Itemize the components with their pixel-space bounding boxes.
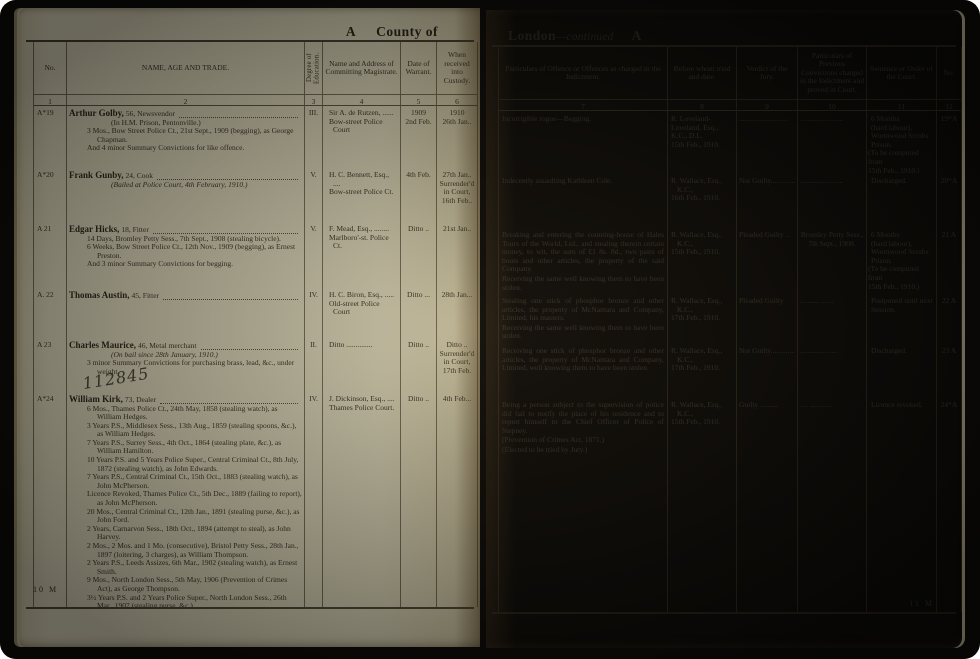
sentence-cell: Discharged. xyxy=(867,343,937,397)
previous-conviction-line: 20 Mos., Central Criminal Ct., 12th Jan.… xyxy=(87,508,302,525)
name-line: Edgar Hicks,18, Fitter xyxy=(69,223,302,235)
offence-paragraph: Indecently assaulting Kathleen Cole. xyxy=(502,177,664,186)
right-bottom-rule xyxy=(492,612,956,614)
column-header: Before whom tried and date. xyxy=(668,47,737,99)
previous-conviction-line: 2 Years, Carnarvon Sess., 18th Oct., 189… xyxy=(87,525,302,542)
verdict-cell: Not Guilty............. xyxy=(737,343,798,397)
left-ledger-table: No.NAME, AGE AND TRADE.Degree of Educati… xyxy=(33,42,478,607)
tried-line: 15th Feb., 1910. xyxy=(670,141,734,150)
magistrate-line: Old-street Police Court xyxy=(325,300,398,317)
ledger-row: Stealing one stick of phosphor bronze an… xyxy=(498,293,962,343)
column-header-label: Sentence or Order of the Court. xyxy=(869,65,934,82)
education-degree-cell: IV. xyxy=(305,392,323,607)
continued-label: —continued xyxy=(556,31,614,43)
custody-line: 4th Feb... xyxy=(439,395,475,404)
previous-line: ....................... xyxy=(800,177,864,186)
dotted-leader xyxy=(153,227,298,234)
ledger-row: A 21Edgar Hicks,18, Fitter14 Days, Broml… xyxy=(33,222,478,288)
county-letter: A xyxy=(346,24,356,39)
column-header-label: No. xyxy=(943,69,954,78)
sentence-line: Discharged. xyxy=(871,347,934,356)
column-number: 5 xyxy=(401,94,437,106)
magistrate-line: Thames Police Court. xyxy=(325,404,398,413)
custody-date-cell: 27th Jan..Surrender'din Court,16th Feb.. xyxy=(437,168,478,222)
offence-paragraph: Being a person subject to the supervisio… xyxy=(502,401,664,435)
tried-line: 15th Feb., 1910. xyxy=(670,418,734,427)
dotted-leader xyxy=(157,173,298,180)
custody-line: 21st Jan.. xyxy=(439,225,475,234)
right-page-title: London—continuedA xyxy=(508,28,642,44)
magistrate-cell: H. C. Bennett, Esq., ....Bow-street Poli… xyxy=(323,168,401,222)
magistrate-line: H. C. Bennett, Esq., .... xyxy=(325,171,398,188)
custody-line: 16th Feb.. xyxy=(439,197,475,206)
county-name: London xyxy=(508,28,556,43)
tried-line: 17th Feb., 1910. xyxy=(670,364,734,373)
column-number: 2 xyxy=(67,94,305,106)
column-header: Particulars of Offence or Offences as ch… xyxy=(498,47,668,99)
column-header-label: Verdict of the Jury. xyxy=(739,65,795,82)
offence-cell: Being a person subject to the supervisio… xyxy=(498,397,668,612)
verdict-cell: Guilty .......... xyxy=(737,397,798,612)
column-header-label: When received into Custody. xyxy=(439,51,475,85)
entry-no-cell: 21 A xyxy=(937,227,962,293)
entry-no-cell: 20*A xyxy=(937,173,962,227)
previous-conviction-line: 3 Years P.S., Middlesex Sess., 13th Aug.… xyxy=(87,422,302,439)
sentence-cell: Licence revoked. xyxy=(867,397,937,612)
tried-before-cell: R. Wallace, Esq., K.C.,15th Feb., 1910. xyxy=(668,397,737,612)
ledger-row: Being a person subject to the supervisio… xyxy=(498,397,962,612)
tried-line: R. Wallace, Esq., K.C., xyxy=(670,177,734,194)
column-header-label: Before whom tried and date. xyxy=(670,65,734,82)
column-header-label: Date of Warrant. xyxy=(403,60,434,77)
dotted-leader xyxy=(179,111,298,118)
magistrate-line: Bow-street Police Ct. xyxy=(325,188,398,197)
magistrate-cell: Ditto .............. xyxy=(323,338,401,392)
column-number: 8 xyxy=(668,99,737,111)
previous-conviction-line: 9 Mos., North London Sess., 5th May, 190… xyxy=(87,576,302,593)
sentence-line: (To be computed from xyxy=(868,265,934,282)
tried-before-cell: R. Loveland-Loveland, Esq.,K.C., D.L.15t… xyxy=(668,111,737,173)
age-and-trade: 45, Fitter xyxy=(132,292,160,301)
dotted-leader xyxy=(163,293,298,300)
previous-conviction-line: 2 Years P.S., Leeds Assizes, 6th Mar., 1… xyxy=(87,559,302,576)
column-header: When received into Custody. xyxy=(437,42,478,94)
tried-line: 17th Feb., 1910. xyxy=(670,314,734,323)
prisoner-no-cell: A*24 xyxy=(33,392,67,607)
column-number: 9 xyxy=(737,99,798,111)
name-line: Charles Maurice,46, Metal merchant xyxy=(69,339,302,351)
tried-line: 16th Feb., 1910. xyxy=(670,194,734,203)
custody-line: 28th Jan... xyxy=(439,291,475,300)
column-header: NAME, AGE AND TRADE. xyxy=(67,42,305,94)
column-header: Name and Address of Committing Magistrat… xyxy=(323,42,401,94)
sentence-cell: 6 Months(hard labour),Wormwood ScrubsPri… xyxy=(867,227,937,293)
dotted-leader xyxy=(160,397,298,404)
ledger-row: Incorrigible rogue—Begging.R. Loveland-L… xyxy=(498,111,962,173)
custody-date-cell: 191026th Jan.. xyxy=(437,106,478,168)
previous-conviction-line: 3 Mos., Bow Street Police Ct., 21st Sept… xyxy=(87,127,302,144)
previous-convictions-cell: Bromley Petty Sess.,7th Sept., 1908. xyxy=(798,227,867,293)
offence-paragraph: (Elected to be tried by Jury.) xyxy=(502,446,664,455)
column-number: 3 xyxy=(305,94,323,106)
section-letter: A xyxy=(632,28,642,43)
ledger-row: A*19Arthur Golby,56, Newsvendor(In H.M. … xyxy=(33,106,478,168)
right-page: London—continuedA Particulars of Offence… xyxy=(486,10,962,648)
ledger-row: A*20Frank Gunby,24, Cook(Bailed at Polic… xyxy=(33,168,478,222)
education-degree-cell: II. xyxy=(305,338,323,392)
previous-conviction-line: 7 Years P.S., Central Criminal Ct., 15th… xyxy=(87,473,302,490)
verdict-cell: Pleaded Guilty .. xyxy=(737,227,798,293)
sentence-line: (To be computed from xyxy=(868,149,934,166)
sentence-line: Discharged. xyxy=(871,177,934,186)
education-degree-cell: IV. xyxy=(305,288,323,338)
name-age-trade-cell: Thomas Austin,45, Fitter xyxy=(67,288,305,338)
column-header-row: No.NAME, AGE AND TRADE.Degree of Educati… xyxy=(33,42,478,94)
column-header-label: Name and Address of Committing Magistrat… xyxy=(325,60,398,77)
warrant-date-cell: 19092nd Feb. xyxy=(401,106,437,168)
entry-no-cell: 19*A xyxy=(937,111,962,173)
previous-line: .............. ..... xyxy=(800,347,864,356)
sentence-cell: Postponed until nextSession. xyxy=(867,293,937,343)
warrant-line: 4th Feb. xyxy=(403,171,434,180)
name-age-trade-cell: William Kirk,73, Dealer6 Mos., Thames Po… xyxy=(67,392,305,607)
previous-conviction-line: 10 Years P.S. and 5 Years Police Super.,… xyxy=(87,456,302,473)
previous-convictions-cell: .......... ....... xyxy=(798,293,867,343)
offence-paragraph: Breaking and entering the counting-house… xyxy=(502,231,664,274)
column-header: No. xyxy=(33,42,67,94)
verdict-cell: Pleaded Guilty xyxy=(737,293,798,343)
prisoner-no-cell: A 23 xyxy=(33,338,67,392)
magistrate-cell: J. Dickinson, Esq., ....Thames Police Co… xyxy=(323,392,401,607)
previous-conviction-line: And 4 minor Summary Convictions for like… xyxy=(87,144,302,153)
tried-before-cell: R. Wallace, Esq., K.C.,17th Feb., 1910. xyxy=(668,343,737,397)
warrant-line: Ditto .. xyxy=(403,395,434,404)
ledger-row: Breaking and entering the counting-house… xyxy=(498,227,962,293)
tried-line: R. Wallace, Esq., K.C., xyxy=(670,297,734,314)
column-number: 6 xyxy=(437,94,478,106)
offence-cell: Incorrigible rogue—Begging. xyxy=(498,111,668,173)
column-header-label: NAME, AGE AND TRADE. xyxy=(142,64,229,73)
previous-conviction-line: 7 Years P.S., Surrey Sess., 4th Oct., 18… xyxy=(87,439,302,456)
magistrate-cell: Sir A. de Rutzen, ......Bow-street Polic… xyxy=(323,106,401,168)
custody-date-cell: Ditto ..Surrender'din Court,17th Feb. xyxy=(437,338,478,392)
ledger-row: A*24William Kirk,73, Dealer6 Mos., Thame… xyxy=(33,392,478,607)
previous-conviction-line: 6 Weeks, Bow Street Police Ct., 12th Nov… xyxy=(87,243,302,260)
custody-line: 17th Feb. xyxy=(439,367,475,376)
left-bottom-rule xyxy=(26,607,474,609)
column-header-label: Particulars of Previous Convictions char… xyxy=(800,52,864,95)
ledger-row: Indecently assaulting Kathleen Cole.R. W… xyxy=(498,173,962,227)
previous-convictions-cell: .... ............ xyxy=(798,397,867,612)
name-line: William Kirk,73, Dealer xyxy=(69,393,302,405)
offence-cell: Indecently assaulting Kathleen Cole. xyxy=(498,173,668,227)
previous-conviction-line: Licence Revoked, Thames Police Ct., 5th … xyxy=(87,490,302,507)
ledger-row: A 23Charles Maurice,46, Metal merchant(O… xyxy=(33,338,478,392)
warrant-date-cell: Ditto .. xyxy=(401,392,437,607)
column-number-row: 789101112 xyxy=(498,99,962,111)
name-line: Frank Gunby,24, Cook xyxy=(69,169,302,181)
entry-no-cell: 22 A xyxy=(937,293,962,343)
previous-conviction-line: 2 Mos., 2 Mos. and 1 Mo. (consecutive), … xyxy=(87,542,302,559)
tried-line: R. Wallace, Esq., K.C., xyxy=(670,231,734,248)
warrant-line: 2nd Feb. xyxy=(403,118,434,127)
column-number: 11 xyxy=(867,99,937,111)
name-line: Arthur Golby,56, Newsvendor xyxy=(69,107,302,119)
left-page-number: 10 M xyxy=(33,585,58,594)
offence-paragraph: (Prevention of Crimes Act, 1871.) xyxy=(502,436,664,445)
previous-convictions-cell: ....................... xyxy=(798,173,867,227)
custody-line: 26th Jan.. xyxy=(439,118,475,127)
custody-note: (Bailed at Police Court, 4th February, 1… xyxy=(111,181,302,190)
ledger-row: Receiving one stick of phosphor bronze a… xyxy=(498,343,962,397)
sentence-cell: Discharged. xyxy=(867,173,937,227)
offence-cell: Stealing one stick of phosphor bronze an… xyxy=(498,293,668,343)
column-header: Sentence or Order of the Court. xyxy=(867,47,937,99)
previous-line: .... ............ xyxy=(800,401,864,410)
prisoner-no-cell: A*19 xyxy=(33,106,67,168)
custody-date-cell: 4th Feb... xyxy=(437,392,478,607)
column-header: Particulars of Previous Convictions char… xyxy=(798,47,867,99)
column-header: No. xyxy=(937,47,962,99)
tried-line: R. Wallace, Esq., K.C., xyxy=(670,401,734,418)
offence-paragraph: Stealing one stick of phosphor bronze an… xyxy=(502,297,664,323)
column-header-row: Particulars of Offence or Offences as ch… xyxy=(498,47,962,99)
column-number-row: 123456 xyxy=(33,94,478,106)
tried-before-cell: R. Wallace, Esq., K.C.,16th Feb., 1910. xyxy=(668,173,737,227)
previous-conviction-line: 3½ Years P.S. and 2 Years Police Super.,… xyxy=(87,594,302,607)
name-age-trade-cell: Charles Maurice,46, Metal merchant(On ba… xyxy=(67,338,305,392)
ledger-row: A. 22Thomas Austin,45, FitterIV.H. C. Bi… xyxy=(33,288,478,338)
name-age-trade-cell: Edgar Hicks,18, Fitter14 Days, Bromley P… xyxy=(67,222,305,288)
column-header: Degree of Education. xyxy=(305,42,323,94)
tried-line: R. Wallace, Esq., K.C., xyxy=(670,347,734,364)
right-ledger-table: Particulars of Offence or Offences as ch… xyxy=(498,47,962,612)
custody-date-cell: 21st Jan.. xyxy=(437,222,478,288)
magistrate-line: Ditto .............. xyxy=(325,341,398,350)
previous-line: ....................... xyxy=(800,115,864,124)
education-degree-cell: V. xyxy=(305,168,323,222)
education-degree-cell: V. xyxy=(305,222,323,288)
education-degree-cell: III. xyxy=(305,106,323,168)
prisoner-no-cell: A*20 xyxy=(33,168,67,222)
name-age-trade-cell: Frank Gunby,24, Cook(Bailed at Police Co… xyxy=(67,168,305,222)
warrant-line: Ditto ... xyxy=(403,291,434,300)
warrant-date-cell: Ditto ... xyxy=(401,288,437,338)
previous-convictions-cell: .............. ..... xyxy=(798,343,867,397)
sentence-line: Licence revoked. xyxy=(871,401,934,410)
verdict-cell: Not Guilty............. xyxy=(737,173,798,227)
prisoner-name: Thomas Austin, xyxy=(69,291,130,301)
entry-no-cell: 23 A xyxy=(937,343,962,397)
left-page-title: ACounty of xyxy=(346,24,438,40)
column-header-label: Degree of Education. xyxy=(306,43,321,93)
magistrate-cell: F. Mead, Esq., ........Marlboro'-st. Pol… xyxy=(323,222,401,288)
magistrate-cell: H. C. Biron, Esq., .....Old-street Polic… xyxy=(323,288,401,338)
warrant-line: Ditto .. xyxy=(403,225,434,234)
left-page: ACounty of No.NAME, AGE AND TRADE.Degree… xyxy=(20,8,480,647)
offence-paragraph: Incorrigible rogue—Begging. xyxy=(502,115,664,124)
tried-line: 15th Feb., 1910. xyxy=(670,248,734,257)
column-header: Verdict of the Jury. xyxy=(737,47,798,99)
column-number: 12 xyxy=(937,99,962,111)
previous-line: 7th Sept., 1908. xyxy=(800,240,864,249)
register-book-spread: ACounty of No.NAME, AGE AND TRADE.Degree… xyxy=(0,0,980,659)
tried-before-cell: R. Wallace, Esq., K.C.,17th Feb., 1910. xyxy=(668,293,737,343)
warrant-date-cell: Ditto .. xyxy=(401,222,437,288)
sentence-cell: 6 Months(hard labour),Wormwood ScrubsPri… xyxy=(867,111,937,173)
offence-cell: Receiving one stick of phosphor bronze a… xyxy=(498,343,668,397)
entry-no-cell: 24*A xyxy=(937,397,962,612)
offence-paragraph: Receiving one stick of phosphor bronze a… xyxy=(502,347,664,373)
warrant-date-cell: Ditto .. xyxy=(401,338,437,392)
county-of-label: County of xyxy=(376,24,438,39)
magistrate-line: Bow-street Police Court xyxy=(325,118,398,135)
name-line: Thomas Austin,45, Fitter xyxy=(69,289,302,301)
previous-conviction-line: 6 Mos., Thames Police Ct., 24th May, 185… xyxy=(87,405,302,422)
previous-line: .......... ....... xyxy=(800,297,864,306)
sentence-line: Session. xyxy=(871,306,934,315)
warrant-line: Ditto .. xyxy=(403,341,434,350)
name-age-trade-cell: Arthur Golby,56, Newsvendor(In H.M. Pris… xyxy=(67,106,305,168)
column-number: 10 xyxy=(798,99,867,111)
custody-date-cell: 28th Jan... xyxy=(437,288,478,338)
sentence-line: 15th Feb., 1910.) xyxy=(868,283,934,292)
previous-conviction-line: And 3 minor Summary Convictions for begg… xyxy=(87,260,302,269)
offence-paragraph: Receiving the same well knowing them to … xyxy=(502,275,664,292)
prisoner-no-cell: A. 22 xyxy=(33,288,67,338)
column-header: Date of Warrant. xyxy=(401,42,437,94)
offence-cell: Breaking and entering the counting-house… xyxy=(498,227,668,293)
prisoner-no-cell: A 21 xyxy=(33,222,67,288)
warrant-date-cell: 4th Feb. xyxy=(401,168,437,222)
verdict-cell: .......................... xyxy=(737,111,798,173)
column-number: 1 xyxy=(33,94,67,106)
right-page-number: 11 M xyxy=(909,599,934,608)
offence-paragraph: Receiving the same well knowing them to … xyxy=(502,324,664,341)
column-number: 7 xyxy=(498,99,668,111)
magistrate-line: Marlboro'-st. Police Ct. xyxy=(325,234,398,251)
previous-convictions-cell: ....................... xyxy=(798,111,867,173)
column-number: 4 xyxy=(323,94,401,106)
column-header-label: No. xyxy=(44,64,55,73)
tried-before-cell: R. Wallace, Esq., K.C.,15th Feb., 1910. xyxy=(668,227,737,293)
column-header-label: Particulars of Offence or Offences as ch… xyxy=(501,65,665,82)
